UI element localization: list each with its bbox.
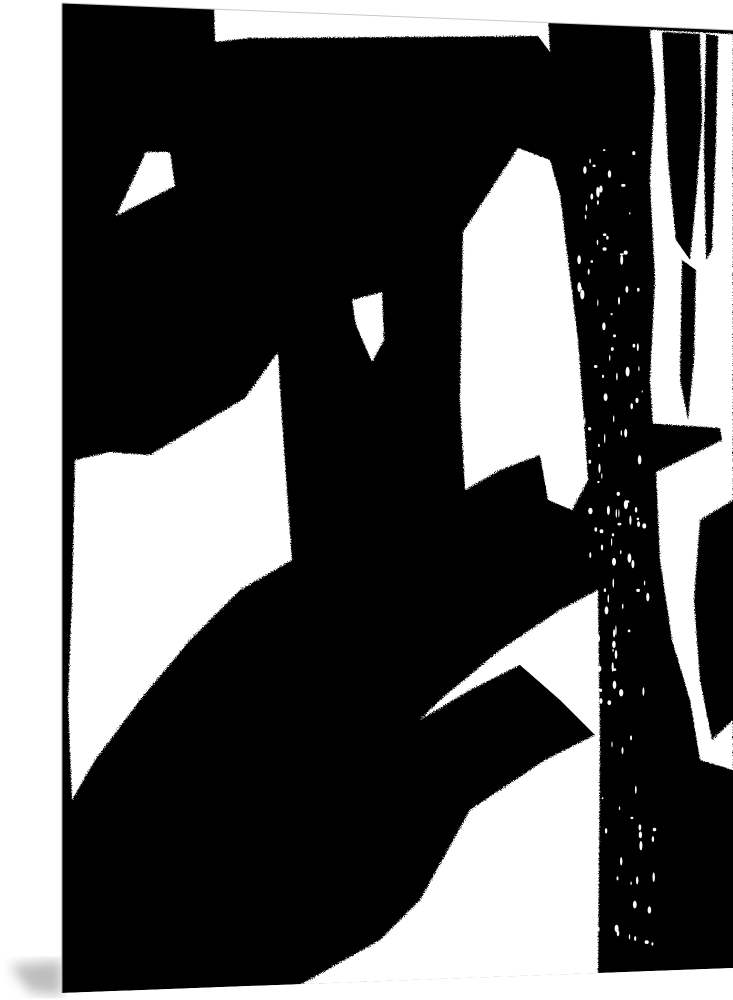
canvas-shadow	[10, 960, 62, 995]
canvas-print	[62, 3, 733, 993]
canvas-artwork	[0, 0, 733, 1000]
